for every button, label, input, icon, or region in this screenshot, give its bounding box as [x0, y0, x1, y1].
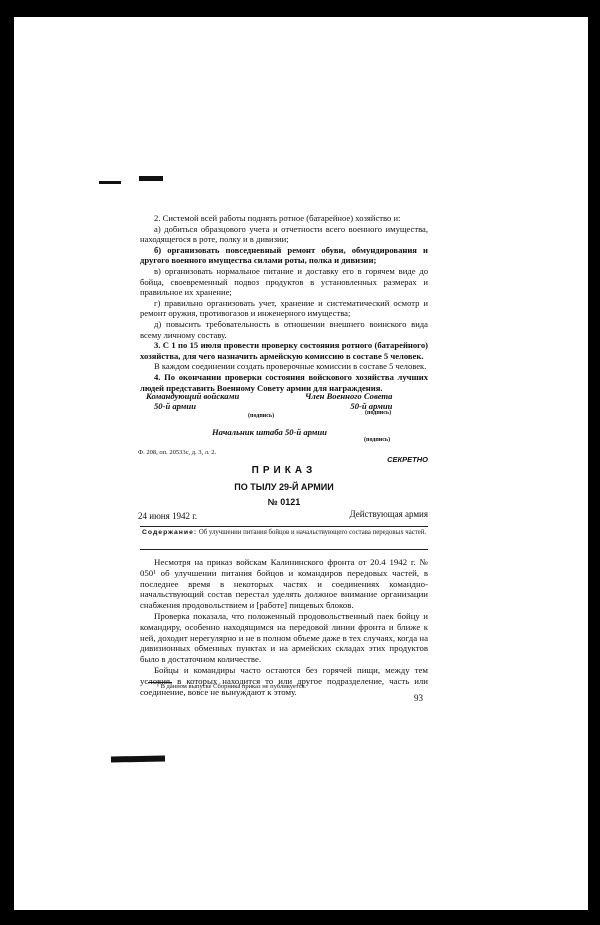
divider	[140, 549, 428, 550]
signature-commander-title: Командующий войсками 50-й армии	[146, 391, 239, 411]
order-continuation: 2. Системой всей работы поднять ротное (…	[140, 213, 428, 393]
paragraph: д) повысить требовательность в отношении…	[140, 319, 428, 340]
paragraph: б) организовать повседневный ремонт обув…	[140, 245, 428, 266]
contents-label: Содержание:	[142, 529, 197, 536]
divider	[140, 526, 428, 527]
page-number: 93	[414, 693, 423, 703]
order-number: № 0121	[140, 497, 428, 507]
paragraph: а) добиться образцового учета и отчетнос…	[140, 224, 428, 245]
paragraph: 4. По окончании проверки состояния войск…	[140, 372, 428, 393]
paragraph: 3. С 1 по 15 июля провести проверку сост…	[140, 340, 428, 361]
scan-mark-top	[139, 176, 163, 181]
signature-council-member-title: Член Военного Совета 50-й армии	[305, 391, 392, 411]
signature-commander-sign: (подпись)	[248, 413, 274, 419]
signature-chief-of-staff-title: Начальник штаба 50-й армии	[212, 427, 327, 437]
paragraph: 2. Системой всей работы поднять ротное (…	[140, 213, 428, 224]
order-subheading: ПО ТЫЛУ 29-Й АРМИИ	[140, 482, 428, 492]
footnote: ¹ В данном выпуске Сборника приказ не пу…	[157, 683, 306, 690]
scan-mark-bottom-left	[111, 756, 165, 763]
order-date: 24 июня 1942 г.	[138, 511, 197, 521]
contents-text: Об улучшении питания бойцов и начальству…	[199, 529, 426, 536]
signature-chief-of-staff-sign: (подпись)	[364, 437, 390, 443]
archive-reference: Ф. 208, оп. 20533с, д. 3, л. 2.	[138, 449, 216, 456]
order-place: Действующая армия	[330, 509, 428, 519]
paragraph: г) правильно организовать учет, хранение…	[140, 298, 428, 319]
signature-council-member-sign: (подпись)	[365, 410, 391, 416]
order-heading: ПРИКАЗ	[140, 465, 428, 476]
scanned-page	[14, 17, 588, 910]
order-contents: Содержание: Об улучшении питания бойцов …	[142, 529, 428, 537]
paragraph: Проверка показала, что положенный продов…	[140, 611, 428, 665]
paragraph: В каждом соединении создать проверочные …	[140, 361, 428, 372]
paragraph: Бойцы и командиры часто остаются без гор…	[140, 665, 428, 697]
order-body: Несмотря на приказ войскам Калининского …	[140, 557, 428, 697]
paragraph: в) организовать нормальное питание и дос…	[140, 266, 428, 298]
classification-label: СЕКРЕТНО	[380, 455, 428, 464]
paragraph: Несмотря на приказ войскам Калининского …	[140, 557, 428, 611]
scan-mark-top-left	[99, 181, 121, 184]
